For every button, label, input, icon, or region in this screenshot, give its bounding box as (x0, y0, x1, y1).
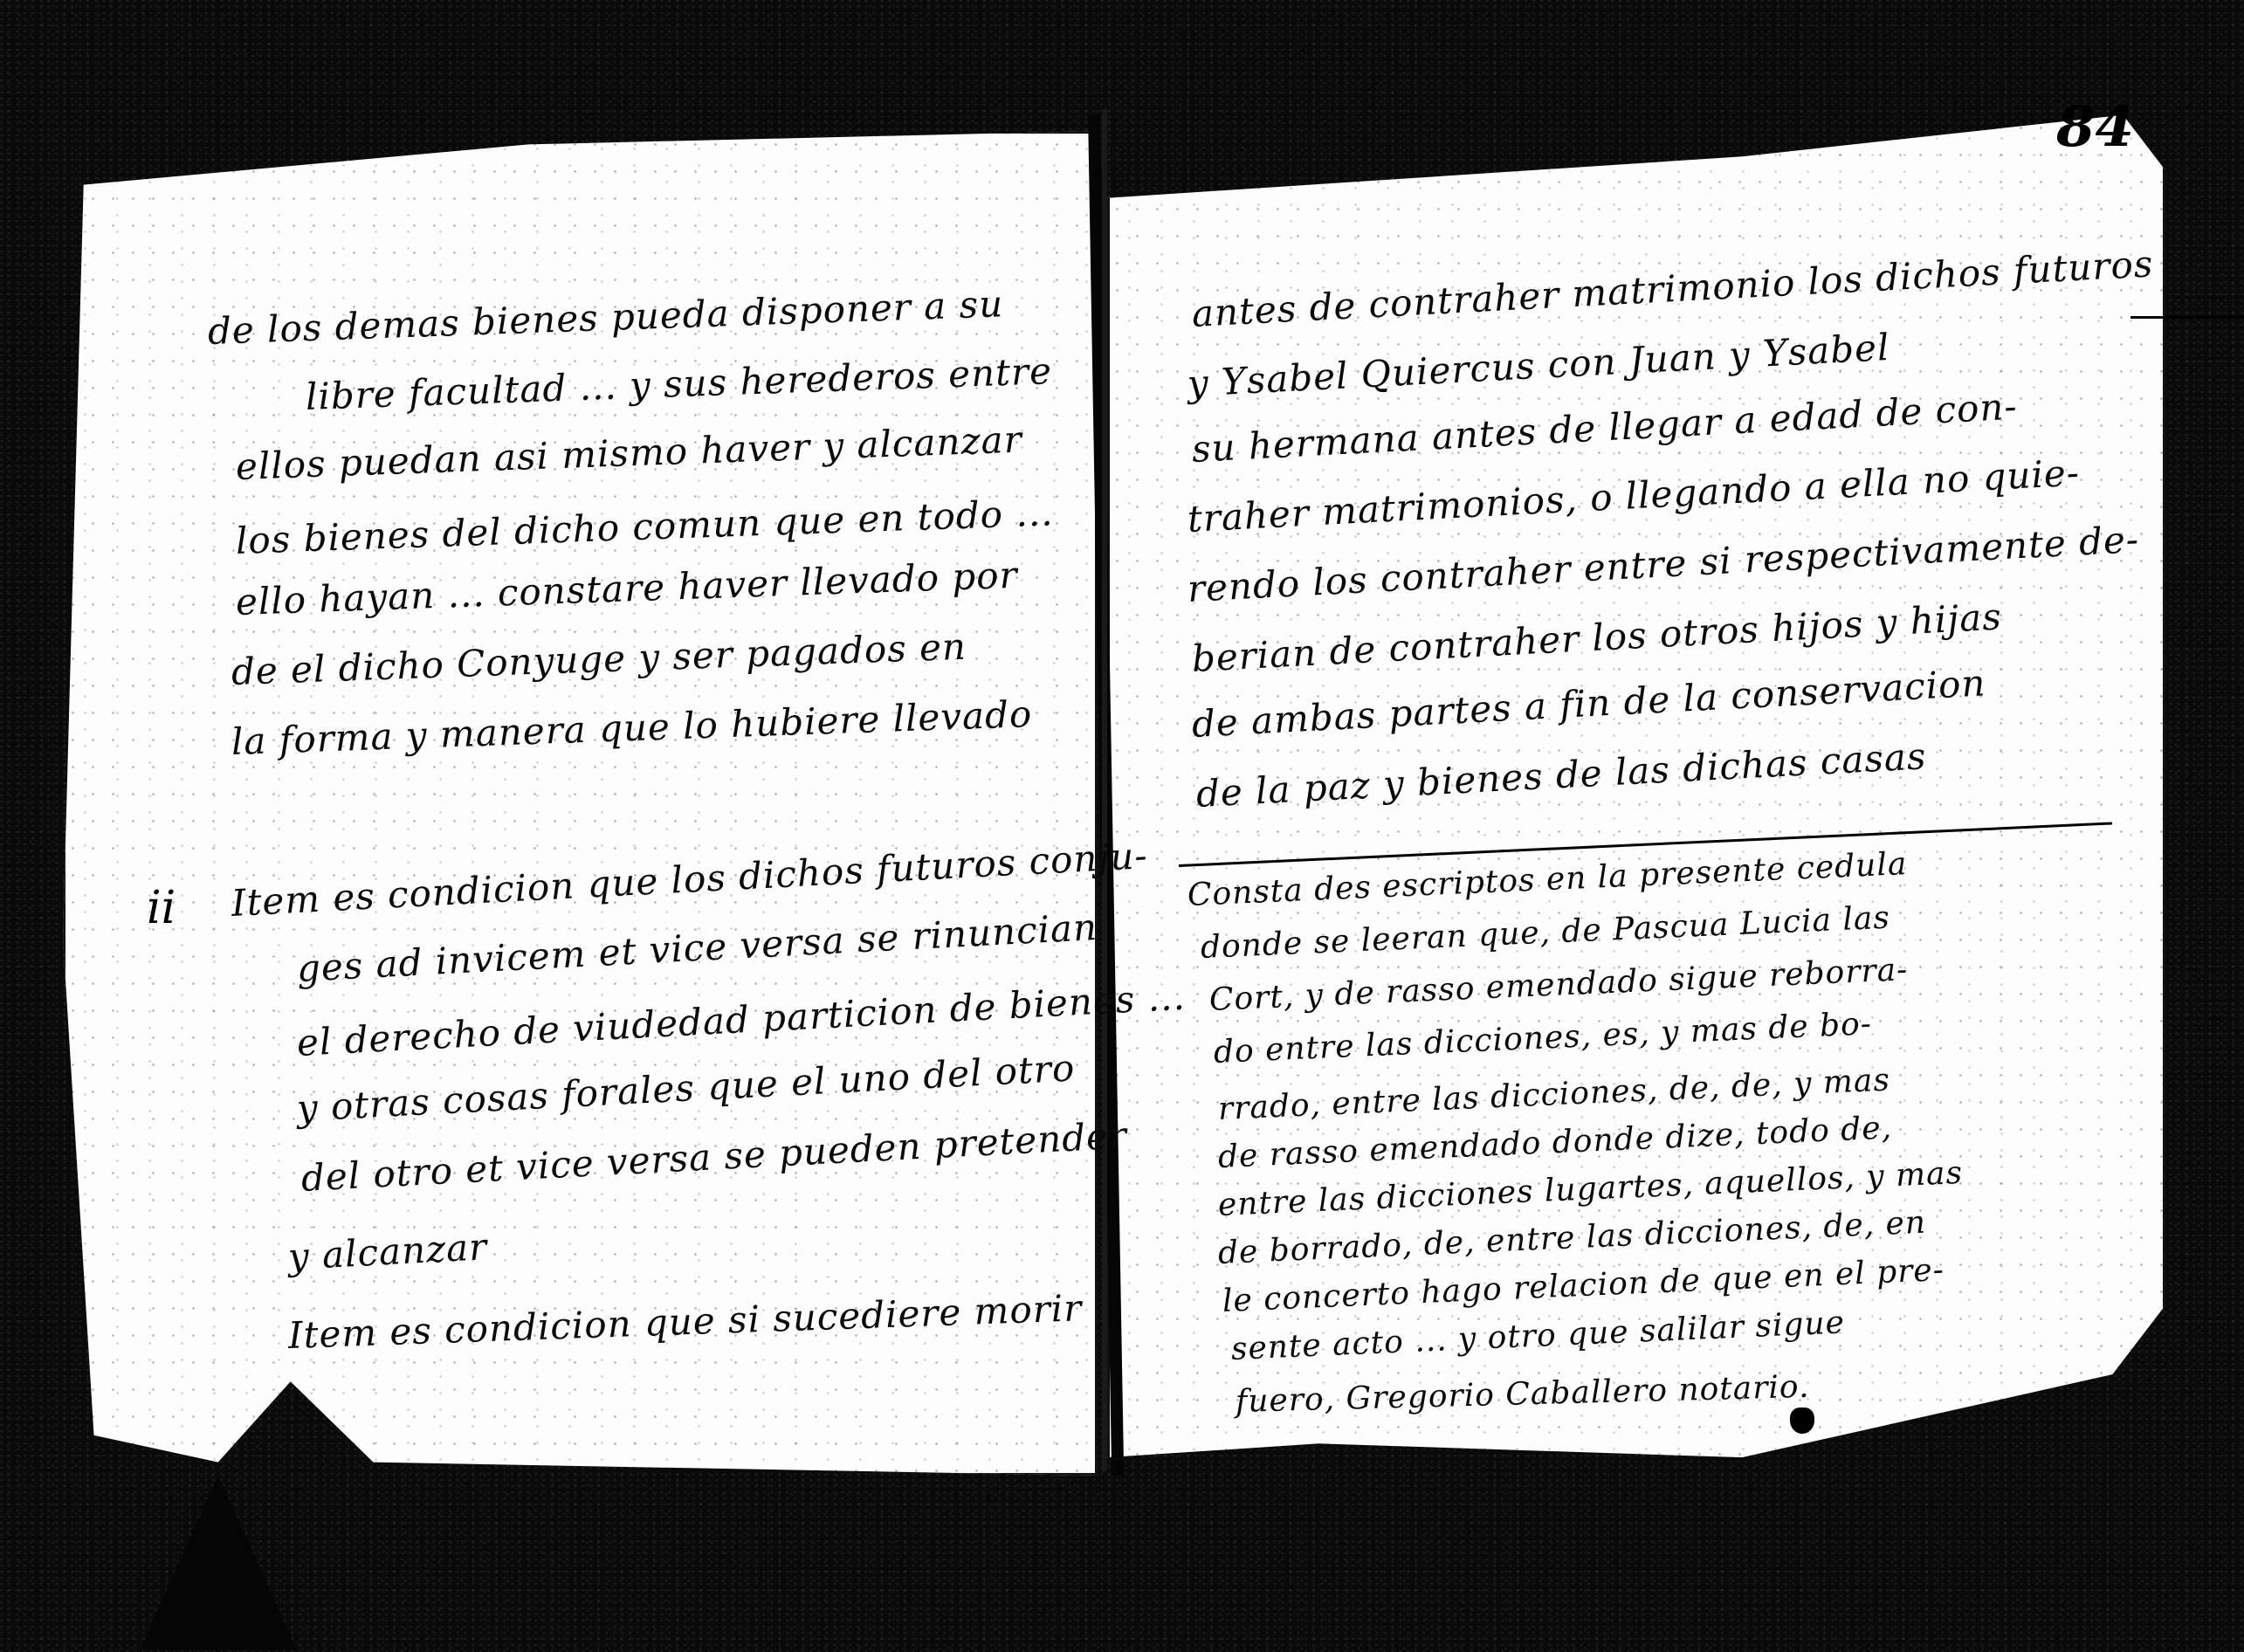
folio-number: 84 (2056, 94, 2134, 160)
margin-note: ii (147, 882, 176, 934)
page-edge-tab (2130, 316, 2244, 319)
ink-blot (1790, 1408, 1814, 1434)
gutter-edge (1102, 109, 1107, 1471)
